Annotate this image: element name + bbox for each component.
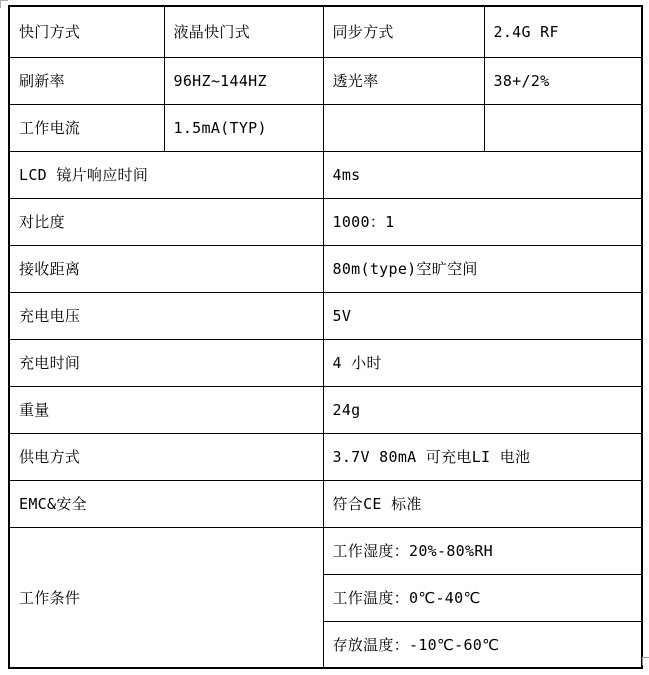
spec-label-cell: 工作条件 <box>9 527 323 668</box>
table-row: 接收距离 80m(type)空旷空间 <box>9 245 642 292</box>
spec-value-cell: 液晶快门式 <box>164 6 323 57</box>
table-handle-top-left-icon <box>0 0 8 8</box>
spec-value-cell: 1.5mA(TYP) <box>164 104 323 151</box>
spec-table: 快门方式 液晶快门式 同步方式 2.4G RF 刷新率 96HZ~144HZ 透… <box>8 5 643 669</box>
table-row: 快门方式 液晶快门式 同步方式 2.4G RF <box>9 6 642 57</box>
spec-value-cell: 24g <box>323 386 642 433</box>
table-row: 对比度 1000：1 <box>9 198 642 245</box>
document-page: 快门方式 液晶快门式 同步方式 2.4G RF 刷新率 96HZ~144HZ 透… <box>0 0 649 675</box>
spec-value-cell: 96HZ~144HZ <box>164 57 323 104</box>
spec-label-cell: 充电时间 <box>9 339 323 386</box>
table-row: 供电方式 3.7V 80mA 可充电LI 电池 <box>9 433 642 480</box>
spec-value-cell: 80m(type)空旷空间 <box>323 245 642 292</box>
spec-label-cell: LCD 镜片响应时间 <box>9 151 323 198</box>
spec-value-cell: 3.7V 80mA 可充电LI 电池 <box>323 433 642 480</box>
spec-value-cell: 4 小时 <box>323 339 642 386</box>
table-handle-bottom-right-icon <box>642 657 649 665</box>
table-row: LCD 镜片响应时间 4ms <box>9 151 642 198</box>
table-row: 工作电流 1.5mA(TYP) <box>9 104 642 151</box>
table-row: 充电电压 5V <box>9 292 642 339</box>
spec-label-cell: 重量 <box>9 386 323 433</box>
spec-value-cell: 4ms <box>323 151 642 198</box>
spec-value-cell: 工作湿度：20%-80%RH <box>323 527 642 574</box>
spec-label-cell <box>323 104 484 151</box>
spec-value-cell: 38+/2% <box>484 57 642 104</box>
table-row: 刷新率 96HZ~144HZ 透光率 38+/2% <box>9 57 642 104</box>
table-row: 充电时间 4 小时 <box>9 339 642 386</box>
spec-label-cell: 供电方式 <box>9 433 323 480</box>
spec-value-cell: 工作温度：0℃-40℃ <box>323 574 642 621</box>
spec-value-cell: 存放温度：-10℃-60℃ <box>323 621 642 668</box>
spec-label-cell: 同步方式 <box>323 6 484 57</box>
spec-label-cell: 对比度 <box>9 198 323 245</box>
spec-label-cell: EMC&安全 <box>9 480 323 527</box>
spec-value-cell <box>484 104 642 151</box>
spec-label-cell: 刷新率 <box>9 57 164 104</box>
spec-value-cell: 1000：1 <box>323 198 642 245</box>
spec-value-cell: 2.4G RF <box>484 6 642 57</box>
spec-label-cell: 快门方式 <box>9 6 164 57</box>
table-row: EMC&安全 符合CE 标准 <box>9 480 642 527</box>
spec-label-cell: 充电电压 <box>9 292 323 339</box>
spec-label-cell: 工作电流 <box>9 104 164 151</box>
table-row: 重量 24g <box>9 386 642 433</box>
table-row: 工作条件 工作湿度：20%-80%RH <box>9 527 642 574</box>
spec-value-cell: 符合CE 标准 <box>323 480 642 527</box>
spec-value-cell: 5V <box>323 292 642 339</box>
spec-label-cell: 接收距离 <box>9 245 323 292</box>
spec-label-cell: 透光率 <box>323 57 484 104</box>
